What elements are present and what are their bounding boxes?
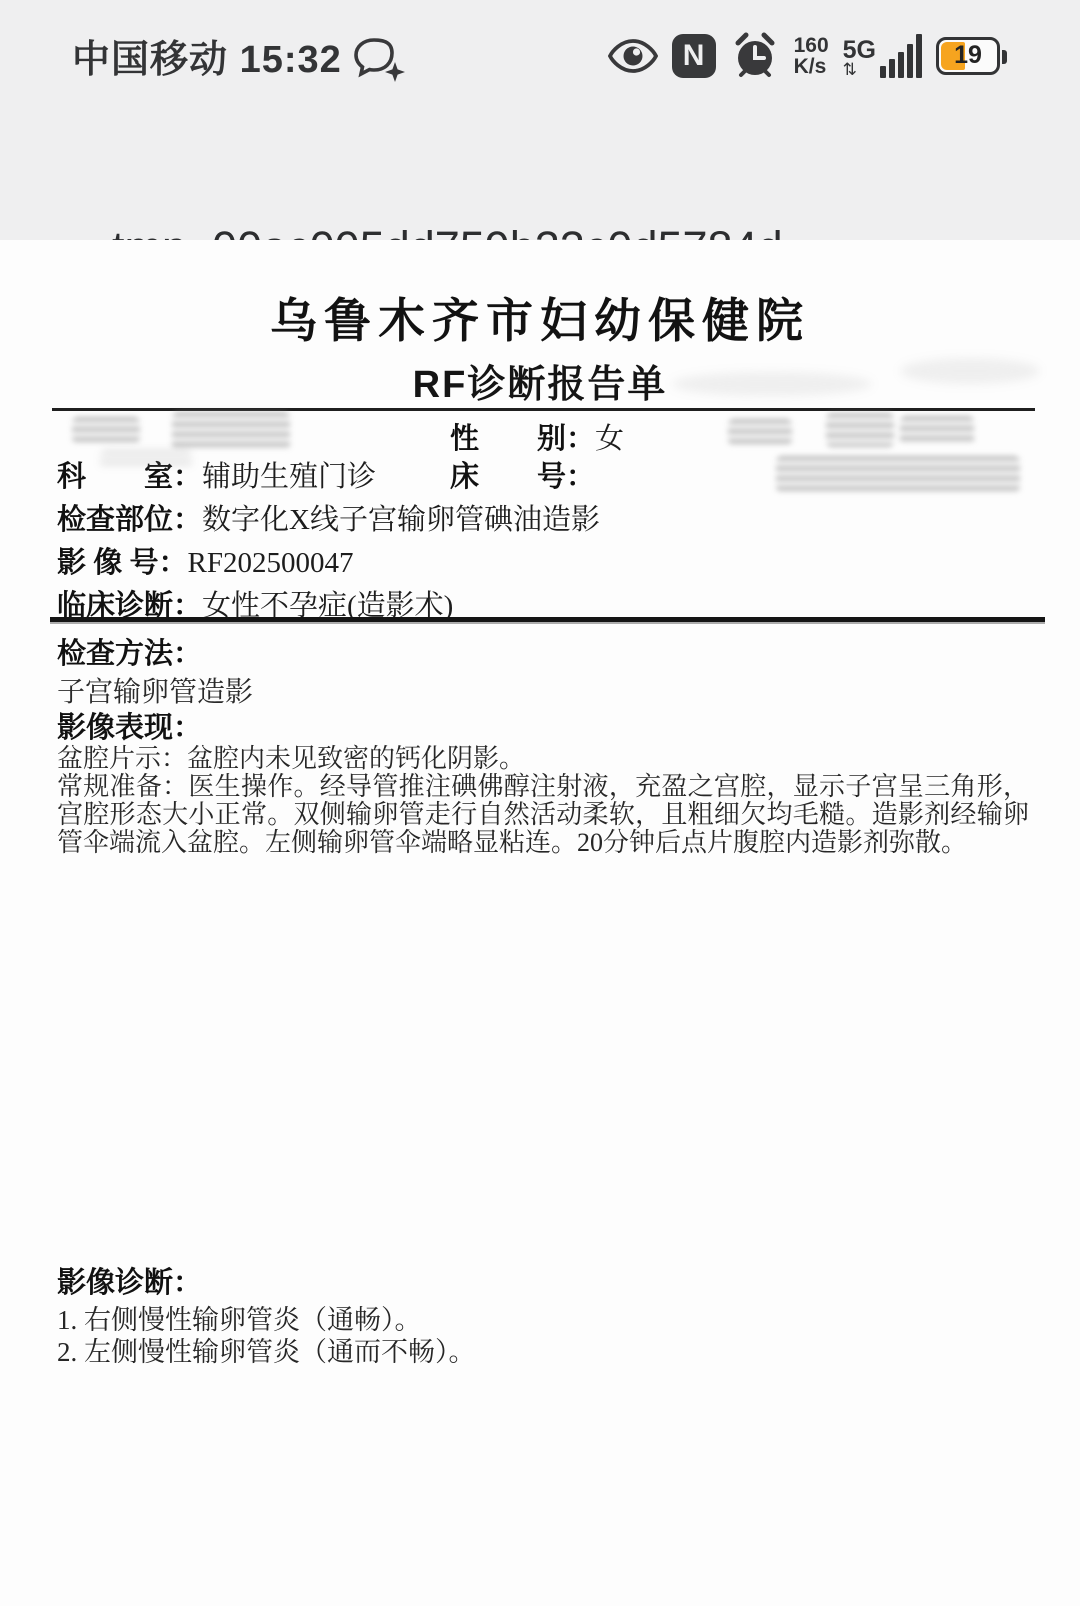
message-sparkle-icon <box>352 36 406 86</box>
signal-indicator: 5G ⇅ <box>843 34 922 78</box>
image-number-field: 影 像 号：RF202500047 <box>57 540 354 581</box>
redacted-text <box>900 416 974 446</box>
bed-number-field: 床 号： <box>450 454 595 495</box>
carrier-and-time: 中国移动 15:32 <box>72 28 342 83</box>
redacted-text <box>172 412 290 450</box>
method-value: 子宫输卵管造影 <box>57 670 253 710</box>
battery-percent: 19 <box>939 41 997 70</box>
network-type-label: 5G <box>843 38 876 62</box>
hospital-name: 乌鲁木齐市妇幼保健院 <box>0 284 1080 351</box>
network-speed-unit: K/s <box>794 56 829 77</box>
redacted-text <box>826 413 894 447</box>
network-speed-value: 160 <box>794 35 829 56</box>
eye-comfort-icon <box>608 38 658 74</box>
findings-line: 常规准备：医生操作。经导管推注碘佛醇注射液，充盈之宫腔，显示子宫呈三角形，宫腔形… <box>57 773 1029 857</box>
diagnosis-section-label: 影像诊断： <box>57 1260 202 1301</box>
findings-line: 盆腔片示：盆腔内未见致密的钙化阴影。 <box>57 745 1029 773</box>
document-preview[interactable]: 乌鲁木齐市妇幼保健院 RF诊断报告单 性 别：女 科 室：辅助生殖门诊 床 号：… <box>0 240 1080 1606</box>
exam-part-field: 检查部位：数字化X线子宫输卵管碘油造影 <box>57 497 600 538</box>
status-icons-cluster: N 160 K/s 5G ⇅ <box>608 28 1000 84</box>
divider <box>52 408 1035 411</box>
redacted-text <box>100 450 192 468</box>
findings-text: 盆腔片示：盆腔内未见致密的钙化阴影。 常规准备：医生操作。经导管推注碘佛醇注射液… <box>57 745 1029 857</box>
exam-part-label: 检查部位： <box>57 504 202 536</box>
exam-part-value: 数字化X线子宫输卵管碘油造影 <box>202 504 600 536</box>
diagnosis-item: 2. 左侧慢性输卵管炎（通而不畅）。 <box>57 1330 476 1369</box>
bed-label: 床 号： <box>450 461 595 493</box>
gender-field: 性 别：女 <box>450 416 624 457</box>
redacted-text <box>728 419 792 445</box>
battery-cap <box>1002 50 1007 64</box>
method-section-label: 检查方法： <box>57 631 202 672</box>
image-number-value: RF202500047 <box>188 547 354 579</box>
gender-value: 女 <box>595 423 624 455</box>
phone-screen: 中国移动 15:32 N 160 K/s <box>0 0 1080 1606</box>
nfc-icon: N <box>672 34 716 78</box>
redacted-text <box>776 456 1020 492</box>
redacted-text <box>72 417 140 443</box>
data-arrows-icon: ⇅ <box>843 62 855 78</box>
scan-smudge <box>900 358 1040 384</box>
findings-section-label: 影像表现： <box>57 705 202 746</box>
carrier-label: 中国移动 <box>72 39 228 81</box>
scan-smudge <box>672 372 872 396</box>
alarm-clock-icon <box>730 31 780 81</box>
status-time: 15:32 <box>240 39 342 81</box>
system-chrome: 中国移动 15:32 N 160 K/s <box>0 0 1080 240</box>
network-speed: 160 K/s <box>794 35 829 77</box>
section-divider <box>50 617 1045 622</box>
file-preview-header: tmp_00ac005dd759b33c0d5784d… 文件预览 <box>0 110 1080 240</box>
signal-bars-icon <box>880 34 922 78</box>
image-number-label: 影 像 号： <box>57 547 188 579</box>
department-value: 辅助生殖门诊 <box>202 461 376 493</box>
gender-label: 性 别： <box>450 423 595 455</box>
battery-icon: 19 <box>936 37 1000 75</box>
